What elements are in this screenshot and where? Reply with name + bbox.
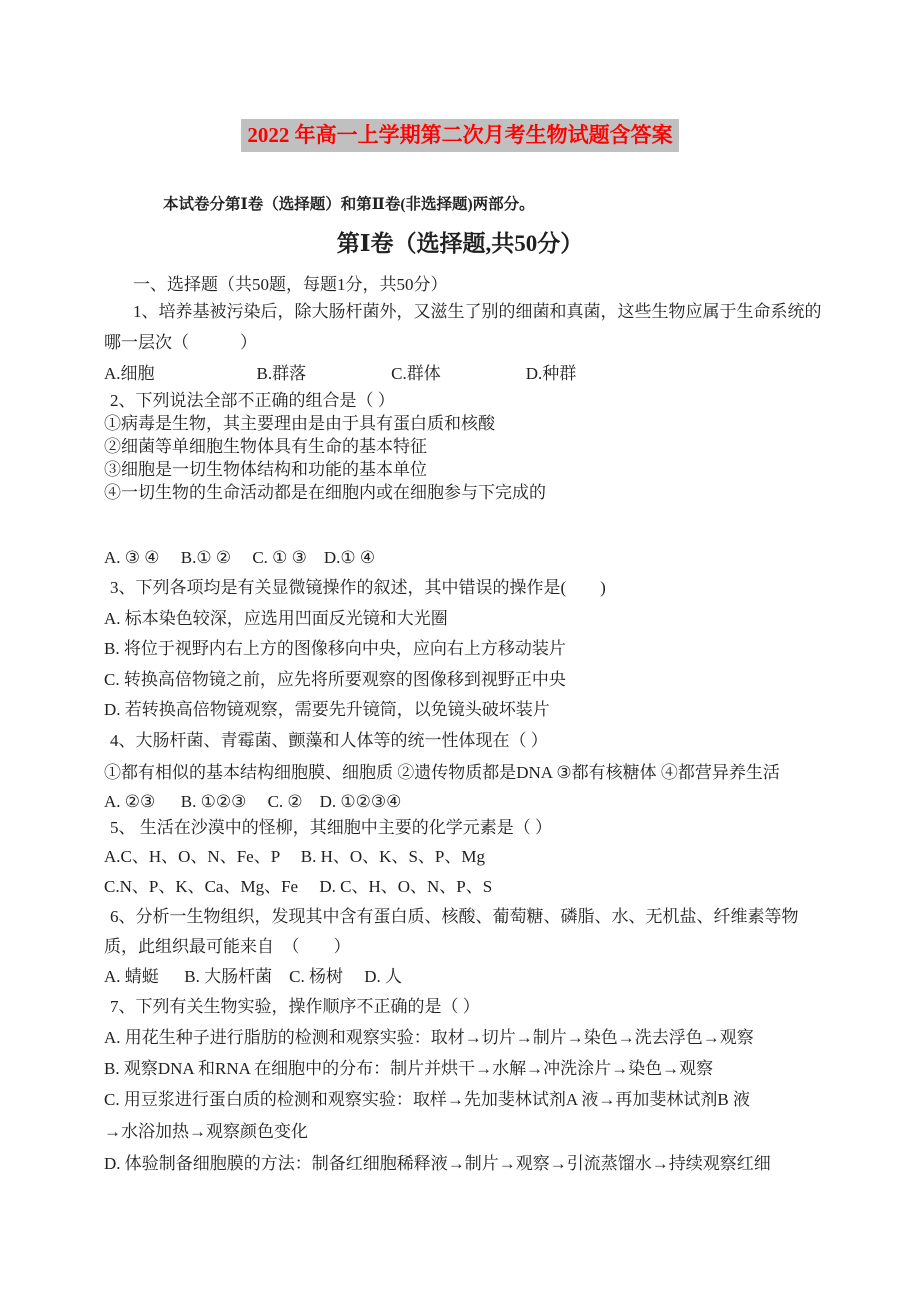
q6-options: A. 蜻蜓 B. 大肠杆菌 C. 杨树 D. 人 (104, 962, 920, 991)
q2-statement-4: ④一切生物的生命活动都是在细胞内或在细胞参与下完成的 (104, 481, 920, 504)
q2-statement-2: ②细菌等单细胞生物体具有生命的基本特征 (104, 435, 920, 458)
section1-instructions: 一、选择题（共50题，每题1分，共50分） (133, 273, 920, 296)
q5-stem: 5、 生活在沙漠中的怪柳，其细胞中主要的化学元素是（ ） (110, 815, 920, 841)
q1-stem-line2: 哪一层次（ ） (104, 327, 920, 358)
q7-stem: 7、下列有关生物实验，操作顺序不正确的是（ ） (110, 991, 920, 1022)
q3-option-b: B. 将位于视野内右上方的图像移向中央，应向右上方移动装片 (104, 634, 920, 664)
q1-stem-line1: 1、培养基被污染后，除大肠杆菌外，又滋生了别的细菌和真菌，这些生物应属于生命系统… (133, 296, 920, 327)
q3-option-d: D. 若转换高倍物镜观察，需要先升镜筒，以免镜头破坏装片 (104, 695, 920, 725)
q4-stem: 4、大肠杆菌、青霉菌、颤藻和人体等的统一性体现在（ ） (110, 725, 920, 757)
document-title: 2022 年高一上学期第二次月考生物试题含答案 (241, 119, 678, 152)
blank-line (104, 504, 920, 542)
q2-options: A. ③ ④ B.① ② C. ① ③ D.① ④ (104, 542, 920, 573)
title-row: 2022 年高一上学期第二次月考生物试题含答案 (0, 0, 920, 152)
q4-options: A. ②③ B. ①②③ C. ② D. ①②③④ (104, 789, 920, 815)
q3-stem: 3、下列各项均是有关显微镜操作的叙述，其中错误的操作是( ) (110, 573, 920, 603)
q7-option-d: D. 体验制备细胞膜的方法：制备红细胞稀释液→制片→观察→引流蒸馏水→持续观察红… (104, 1148, 920, 1179)
q2-statement-1: ①病毒是生物，其主要理由是由于具有蛋白质和核酸 (104, 412, 920, 435)
q1-options: A.细胞 B.群落 C.群体 D.种群 (104, 358, 920, 389)
q7-option-c-line2: →水浴加热→观察颜色变化 (104, 1115, 920, 1148)
q7-option-c-line1: C. 用豆浆进行蛋白质的检测和观察实验：取样→先加斐林试剂A 液→再加斐林试剂B… (104, 1085, 920, 1115)
q7-option-a: A. 用花生种子进行脂肪的检测和观察实验：取材→切片→制片→染色→洗去浮色→观察 (104, 1022, 920, 1053)
exam-structure-note: 本试卷分第Ⅰ卷（选择题）和第Ⅱ卷(非选择题)两部分。 (163, 193, 920, 217)
q6-stem-line2: 质，此组织最可能来自 （ ） (104, 932, 920, 962)
exam-document-page: 2022 年高一上学期第二次月考生物试题含答案 本试卷分第Ⅰ卷（选择题）和第Ⅱ卷… (0, 0, 920, 1302)
q7-option-b: B. 观察DNA 和RNA 在细胞中的分布：制片并烘干→水解→冲洗涂片→染色→观… (104, 1053, 920, 1085)
part1-heading: 第Ⅰ卷（选择题,共50分） (0, 229, 920, 259)
q2-stem: 2、下列说法全部不正确的组合是（ ） (110, 389, 920, 412)
q2-statement-3: ③细胞是一切生物体结构和功能的基本单位 (104, 458, 920, 481)
q3-option-a: A. 标本染色较深，应选用凹面反光镜和大光圈 (104, 603, 920, 634)
q6-stem-line1: 6、分析一生物组织，发现其中含有蛋白质、核酸、葡萄糖、磷脂、水、无机盐、纤维素等… (110, 902, 920, 932)
question-list: 一、选择题（共50题，每题1分，共50分） 1、培养基被污染后，除大肠杆菌外，又… (0, 273, 920, 1179)
q5-options-ab: A.C、H、O、N、Fe、P B. H、O、K、S、P、Mg (104, 841, 920, 872)
q5-options-cd: C.N、P、K、Ca、Mg、Fe D. C、H、O、N、P、S (104, 872, 920, 902)
q3-option-c: C. 转换高倍物镜之前，应先将所要观察的图像移到视野正中央 (104, 664, 920, 695)
q4-statements: ①都有相似的基本结构细胞膜、细胞质 ②遗传物质都是DNA ③都有核糖体 ④都营异… (104, 757, 920, 789)
